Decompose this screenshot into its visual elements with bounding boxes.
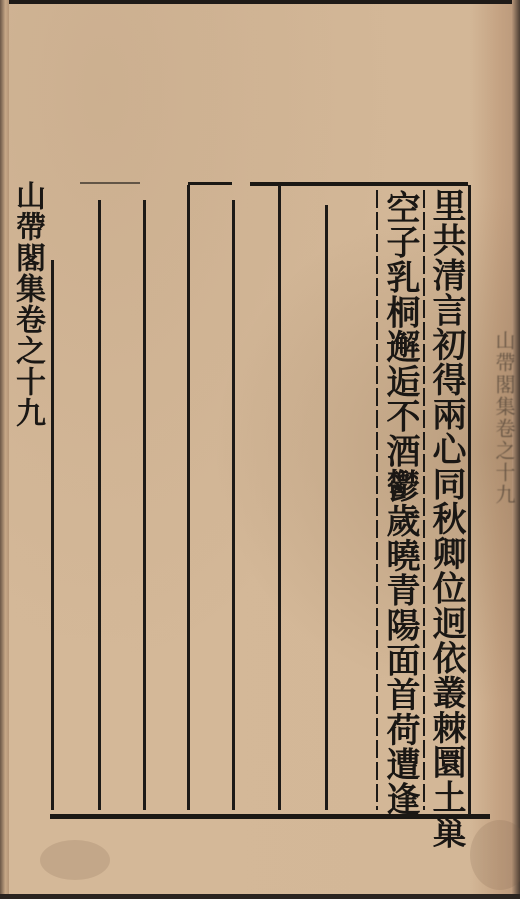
column-rule bbox=[232, 200, 235, 810]
page-left-edge bbox=[0, 0, 9, 899]
book-page: 里共清言初得兩心同秋卿位迥依叢棘圜土巢 空子乳桐邂逅不酒鬱歲曉青陽面首荷遭逢 山… bbox=[0, 0, 520, 899]
column-rule bbox=[187, 185, 190, 810]
column-rule bbox=[98, 200, 101, 810]
page-top-edge bbox=[0, 0, 520, 4]
frame-top-border-fragment bbox=[188, 182, 232, 185]
smudge bbox=[40, 840, 110, 880]
text-column-2: 空子乳桐邂逅不酒鬱歲曉青陽面首荷遭逢 bbox=[378, 190, 422, 816]
water-stain bbox=[470, 820, 520, 890]
frame-top-border bbox=[250, 182, 468, 186]
column-rule-right-border bbox=[468, 185, 471, 815]
bleed-through-text: 山帶閣集卷之十九 bbox=[490, 330, 519, 506]
frame-top-border-fragment bbox=[80, 182, 140, 184]
volume-title: 山帶閣集卷之十九 bbox=[8, 180, 46, 428]
text-column-1: 里共清言初得兩心同秋卿位迥依叢棘圜土巢 bbox=[424, 188, 468, 849]
column-rule bbox=[325, 205, 328, 810]
column-rule bbox=[143, 200, 146, 810]
column-rule bbox=[278, 185, 281, 810]
page-bottom-edge bbox=[0, 894, 520, 899]
column-rule bbox=[51, 260, 54, 810]
